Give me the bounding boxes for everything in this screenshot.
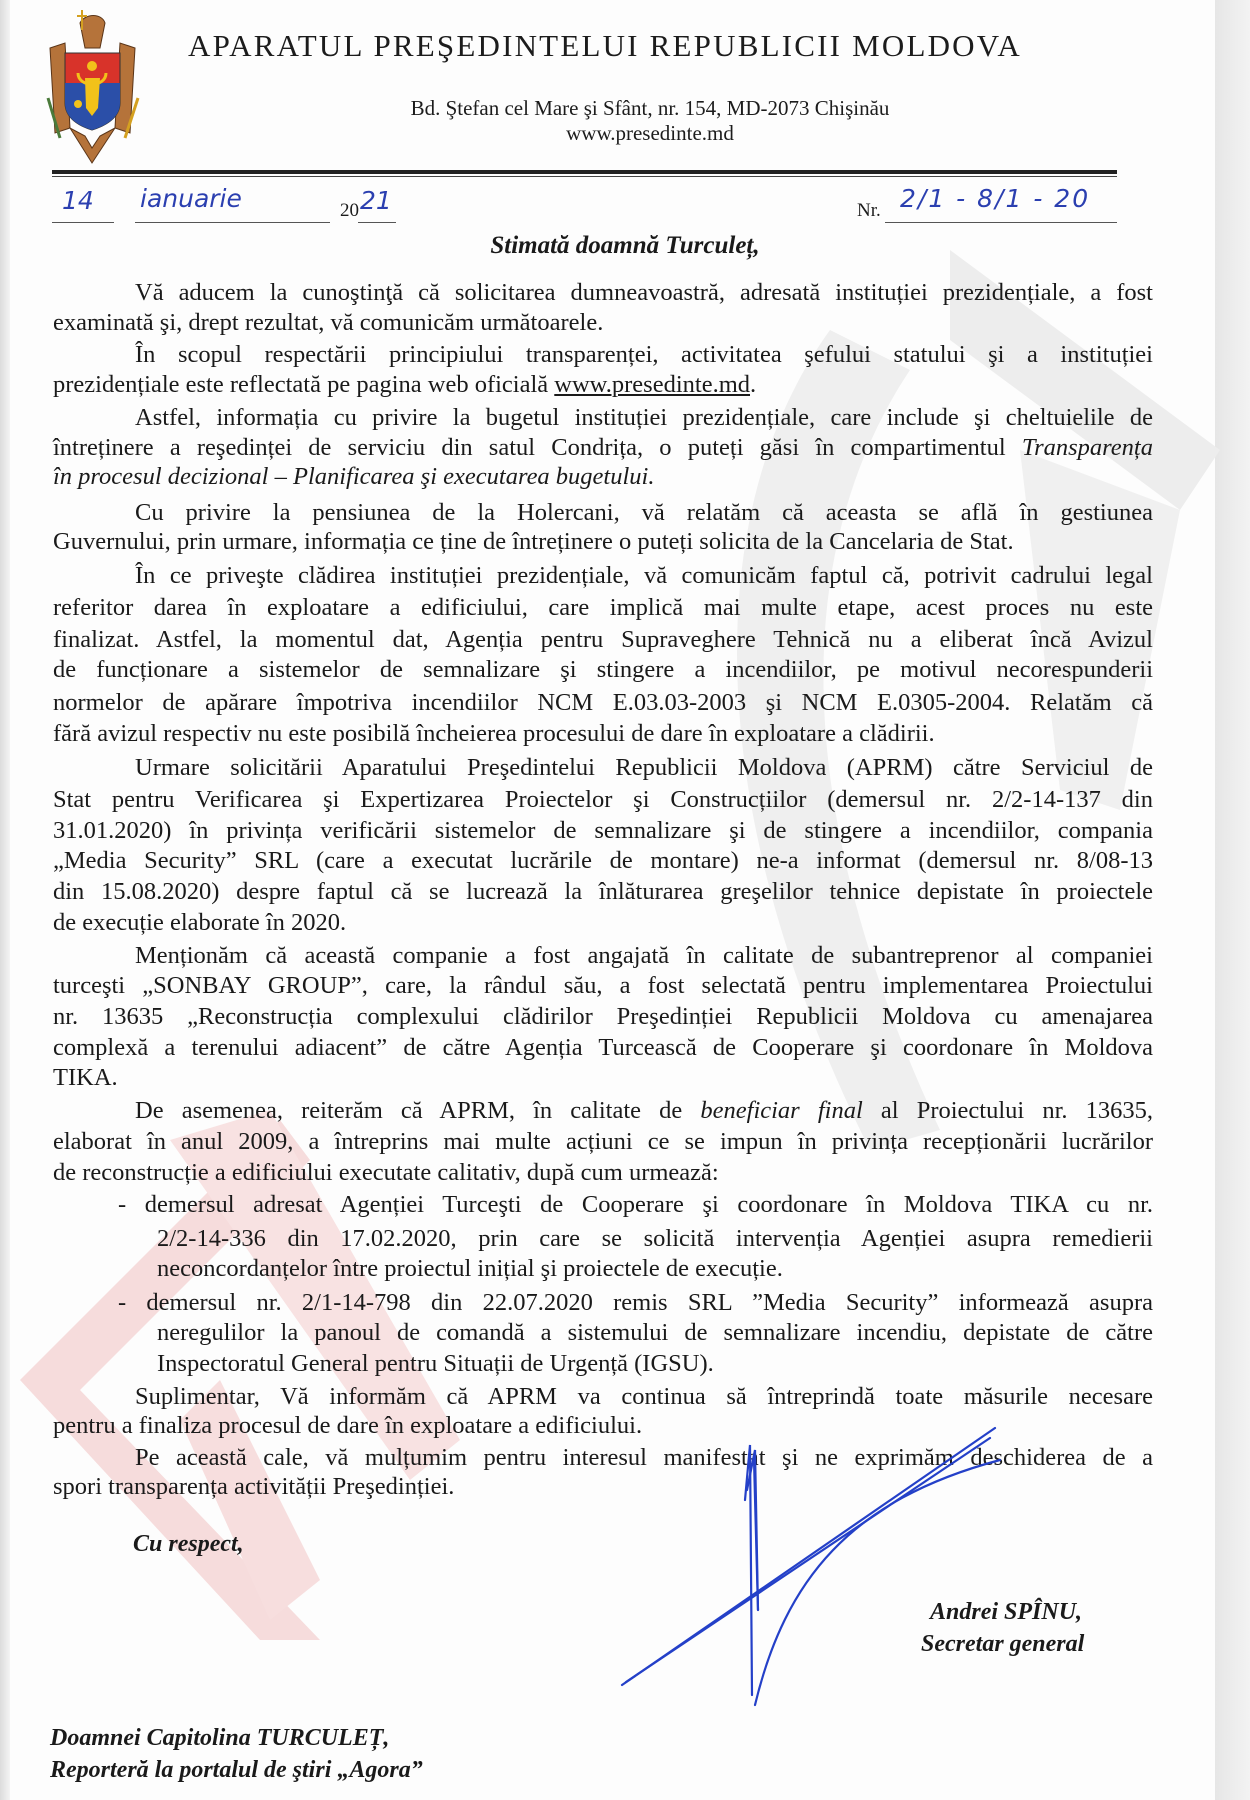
signatory-name: Andrei SPÎNU, <box>930 1599 1082 1626</box>
number-label: Nr. <box>857 200 881 222</box>
number-value: 2/1 - 8/1 - 20 <box>900 184 1090 213</box>
p7-line-4: complexă a terenului adiacent” de către … <box>53 1033 1153 1063</box>
p6-line-4: „Media Security” SRL (care a executat lu… <box>53 846 1153 876</box>
p6-line-3: 31.01.2020) în privința verificării sist… <box>53 816 1153 846</box>
p4-line-2: Guvernului, prin urmare, informația ce ț… <box>53 527 1153 557</box>
p6-line-6: de execuție elaborate în 2020. <box>53 908 1153 938</box>
bullet2-line-3: Inspectoratul General pentru Situații de… <box>157 1349 1153 1379</box>
p5-line-6: fără avizul respectiv nu este posibilă î… <box>53 719 1153 749</box>
date-year-prefix: 20 <box>340 200 359 222</box>
p6-line-1: Urmare solicitării Aparatului Preşedinte… <box>135 753 1153 783</box>
bullet1-line-1: - demersul adresat Agenției Turceşti de … <box>118 1190 1153 1220</box>
bullet2-line-1: - demersul nr. 2/1-14-798 din 22.07.2020… <box>118 1288 1153 1318</box>
p5-line-5: normelor de apărare împotriva incendiilo… <box>53 688 1153 718</box>
date-month-underline <box>135 222 330 223</box>
p4-line-1: Cu privire la pensiunea de la Holercani,… <box>135 498 1153 528</box>
p7-line-1: Menționăm că această companie a fost ang… <box>135 941 1153 971</box>
number-underline <box>885 222 1117 223</box>
institution-website: www.presedinte.md <box>300 121 1000 146</box>
p7-line-2: turceşti „SONBAY GROUP”, care, la rândul… <box>53 971 1153 1001</box>
p6-line-2: Stat pentru Verificarea şi Expertizarea … <box>53 785 1153 815</box>
closing: Cu respect, <box>133 1531 244 1558</box>
institution-address: Bd. Ştefan cel Mare şi Sfânt, nr. 154, M… <box>300 96 1000 121</box>
p1-line-2: examinată şi, drept rezultat, vă comunic… <box>53 308 1153 338</box>
date-month: ianuarie <box>140 184 242 213</box>
p5-line-2: referitor darea în exploatare a edificiu… <box>53 593 1153 623</box>
p7-line-5: TIKA. <box>53 1063 1153 1093</box>
date-year-underline <box>358 222 396 223</box>
p1-line-1: Vă aducem la cunoştinţă că solicitarea d… <box>135 278 1153 308</box>
scan-edge-right <box>1215 0 1250 1800</box>
header-rule-thin <box>52 176 1117 177</box>
header-rule <box>52 170 1117 174</box>
p3-line-1: Astfel, informația cu privire la bugetul… <box>135 403 1153 433</box>
website-link[interactable]: www.presedinte.md <box>554 371 750 398</box>
p2-line-1: În scopul respectării principiului trans… <box>135 340 1153 370</box>
date-day: 14 <box>62 186 94 215</box>
salutation: Stimată doamnă Turculeț, <box>0 232 1250 260</box>
signatory-title: Secretar general <box>921 1631 1084 1658</box>
p7-line-3: nr. 13635 „Reconstrucția complexului clă… <box>53 1002 1153 1032</box>
p3-line-2: întreținere a reşedinței de serviciu din… <box>53 433 1153 463</box>
bullet1-line-3: neconcordanțelor între proiectul inițial… <box>157 1254 1153 1284</box>
bullet1-line-2: 2/2-14-336 din 17.02.2020, prin care se … <box>157 1224 1153 1254</box>
p8-line-2: elaborat în anul 2009, a întreprins mai … <box>53 1127 1153 1157</box>
p9-line-1: Suplimentar, Vă informăm că APRM va cont… <box>135 1382 1153 1412</box>
p8-line-1: De asemenea, reiterăm că APRM, în calita… <box>135 1096 1153 1126</box>
p3-line-3: în procesul decizional – Planificarea şi… <box>53 462 1153 492</box>
p8-line-3: de reconstrucție a edificiului executate… <box>53 1158 1153 1188</box>
p5-line-3: finalizat. Astfel, la momentul dat, Agen… <box>53 625 1153 655</box>
institution-title: APARATUL PREŞEDINTELUI REPUBLICII MOLDOV… <box>188 28 1128 64</box>
moldova-coat-of-arms-icon <box>30 8 155 168</box>
p6-line-5: din 15.08.2020) despre faptul că se lucr… <box>53 877 1153 907</box>
p5-line-1: În ce priveşte clădirea instituției prez… <box>135 561 1153 591</box>
p5-line-4: de funcționare a sistemelor de semnaliza… <box>53 655 1153 685</box>
date-day-underline <box>52 222 114 223</box>
recipient-role: Reporteră la portalul de ştiri „Agora” <box>50 1757 423 1784</box>
handwritten-signature-icon <box>600 1420 1020 1720</box>
bullet2-line-2: neregulilor la panoul de comandă a siste… <box>157 1318 1153 1348</box>
p2-line-2: prezidențiale este reflectată pe pagina … <box>53 370 1153 400</box>
scan-edge-left <box>0 0 10 1800</box>
date-year-suffix: 21 <box>360 186 392 215</box>
recipient-name: Doamnei Capitolina TURCULEȚ, <box>50 1725 389 1752</box>
